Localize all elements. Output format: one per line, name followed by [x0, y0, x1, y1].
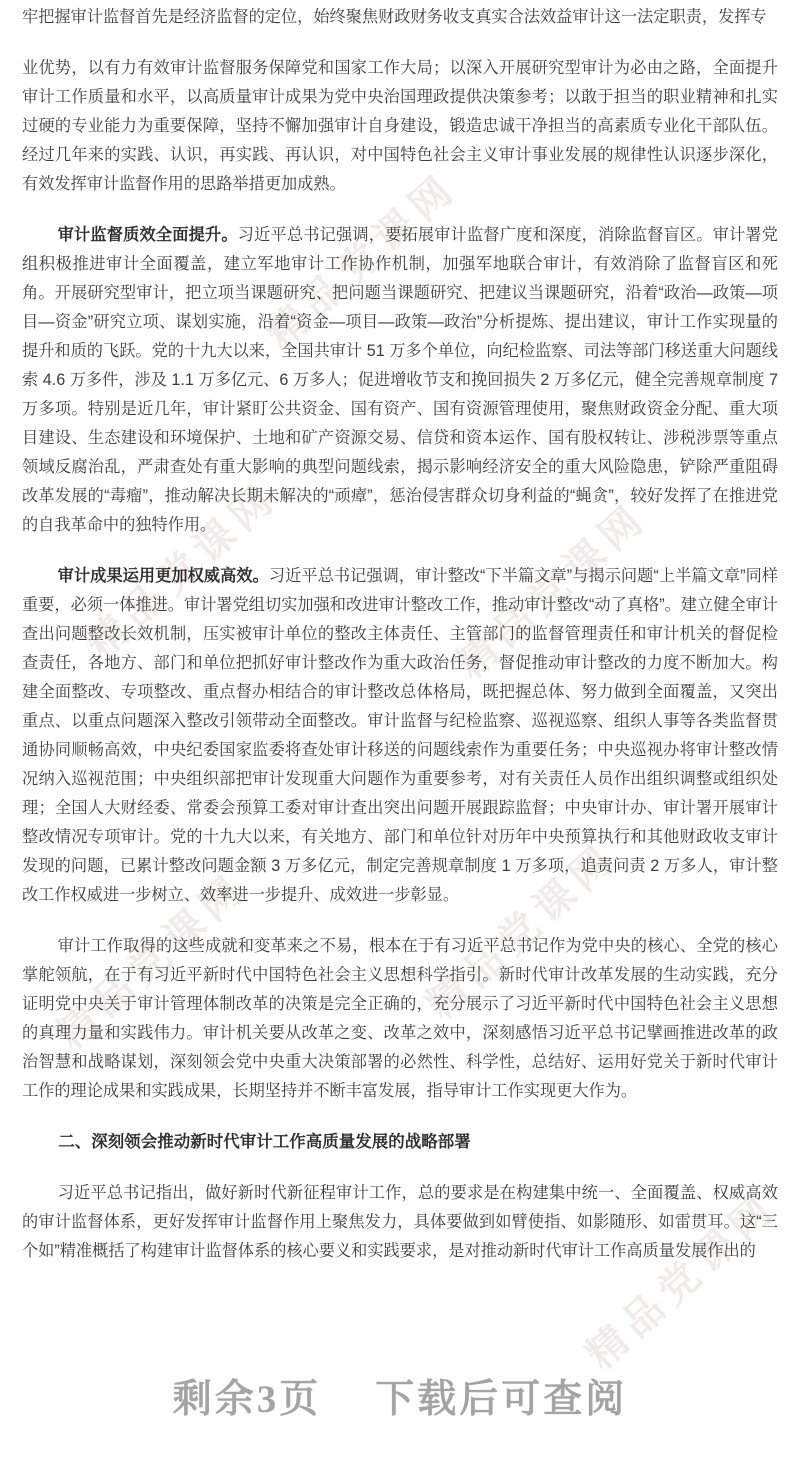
paragraph-previous-page-tail-line: 牢把握审计监督首先是经济监督的定位，始终聚焦财政财务收支真实合法效益审计这一法定… — [22, 3, 778, 32]
paragraph-strategic-deployment: 习近平总书记指出，做好新时代新征程审计工作，总的要求是在构建集中统一、全面覆盖、… — [22, 1179, 778, 1266]
paragraph-body-text: 习近平总书记强调，审计整改“下半篇文章”与揭示问题“上半篇文章”同样重要，必须一… — [22, 567, 778, 904]
document-preview-page: 精品党课网 精品党课网 精品党课网 精品党课网 精品党课网 精品党课网 牢把握审… — [0, 0, 800, 1473]
document-body: 牢把握审计监督首先是经济监督的定位，始终聚焦财政财务收支真实合法效益审计这一法定… — [22, 3, 778, 1288]
paragraph-bold-lead: 审计监督质效全面提升。 — [58, 226, 238, 244]
preview-footer: 剩余3页下载后可查阅 — [0, 1368, 800, 1424]
paragraph-audit-supervision-quality: 审计监督质效全面提升。习近平总书记强调，要拓展审计监督广度和深度，消除监督盲区。… — [22, 221, 778, 540]
remaining-pages-label: 剩余3页 — [173, 1378, 322, 1421]
download-hint-label: 下载后可查阅 — [375, 1378, 627, 1421]
paragraph-body-text: 习近平总书记强调，要拓展审计监督广度和深度，消除监督盲区。审计署党组积极推进审计… — [22, 226, 778, 534]
paragraph-continuation: 业优势，以有力有效审计监督服务保障党和国家工作大局；以深入开展研究型审计为必由之… — [22, 54, 778, 199]
paragraph-achievements: 审计工作取得的这些成就和变革来之不易，根本在于有习近平总书记作为党中央的核心、全… — [22, 932, 778, 1106]
paragraph-bold-lead: 审计成果运用更加权威高效。 — [58, 567, 269, 585]
section-heading-2: 二、深刻领会推动新时代审计工作高质量发展的战略部署 — [22, 1128, 778, 1157]
paragraph-audit-results-usage: 审计成果运用更加权威高效。习近平总书记强调，审计整改“下半篇文章”与揭示问题“上… — [22, 562, 778, 910]
